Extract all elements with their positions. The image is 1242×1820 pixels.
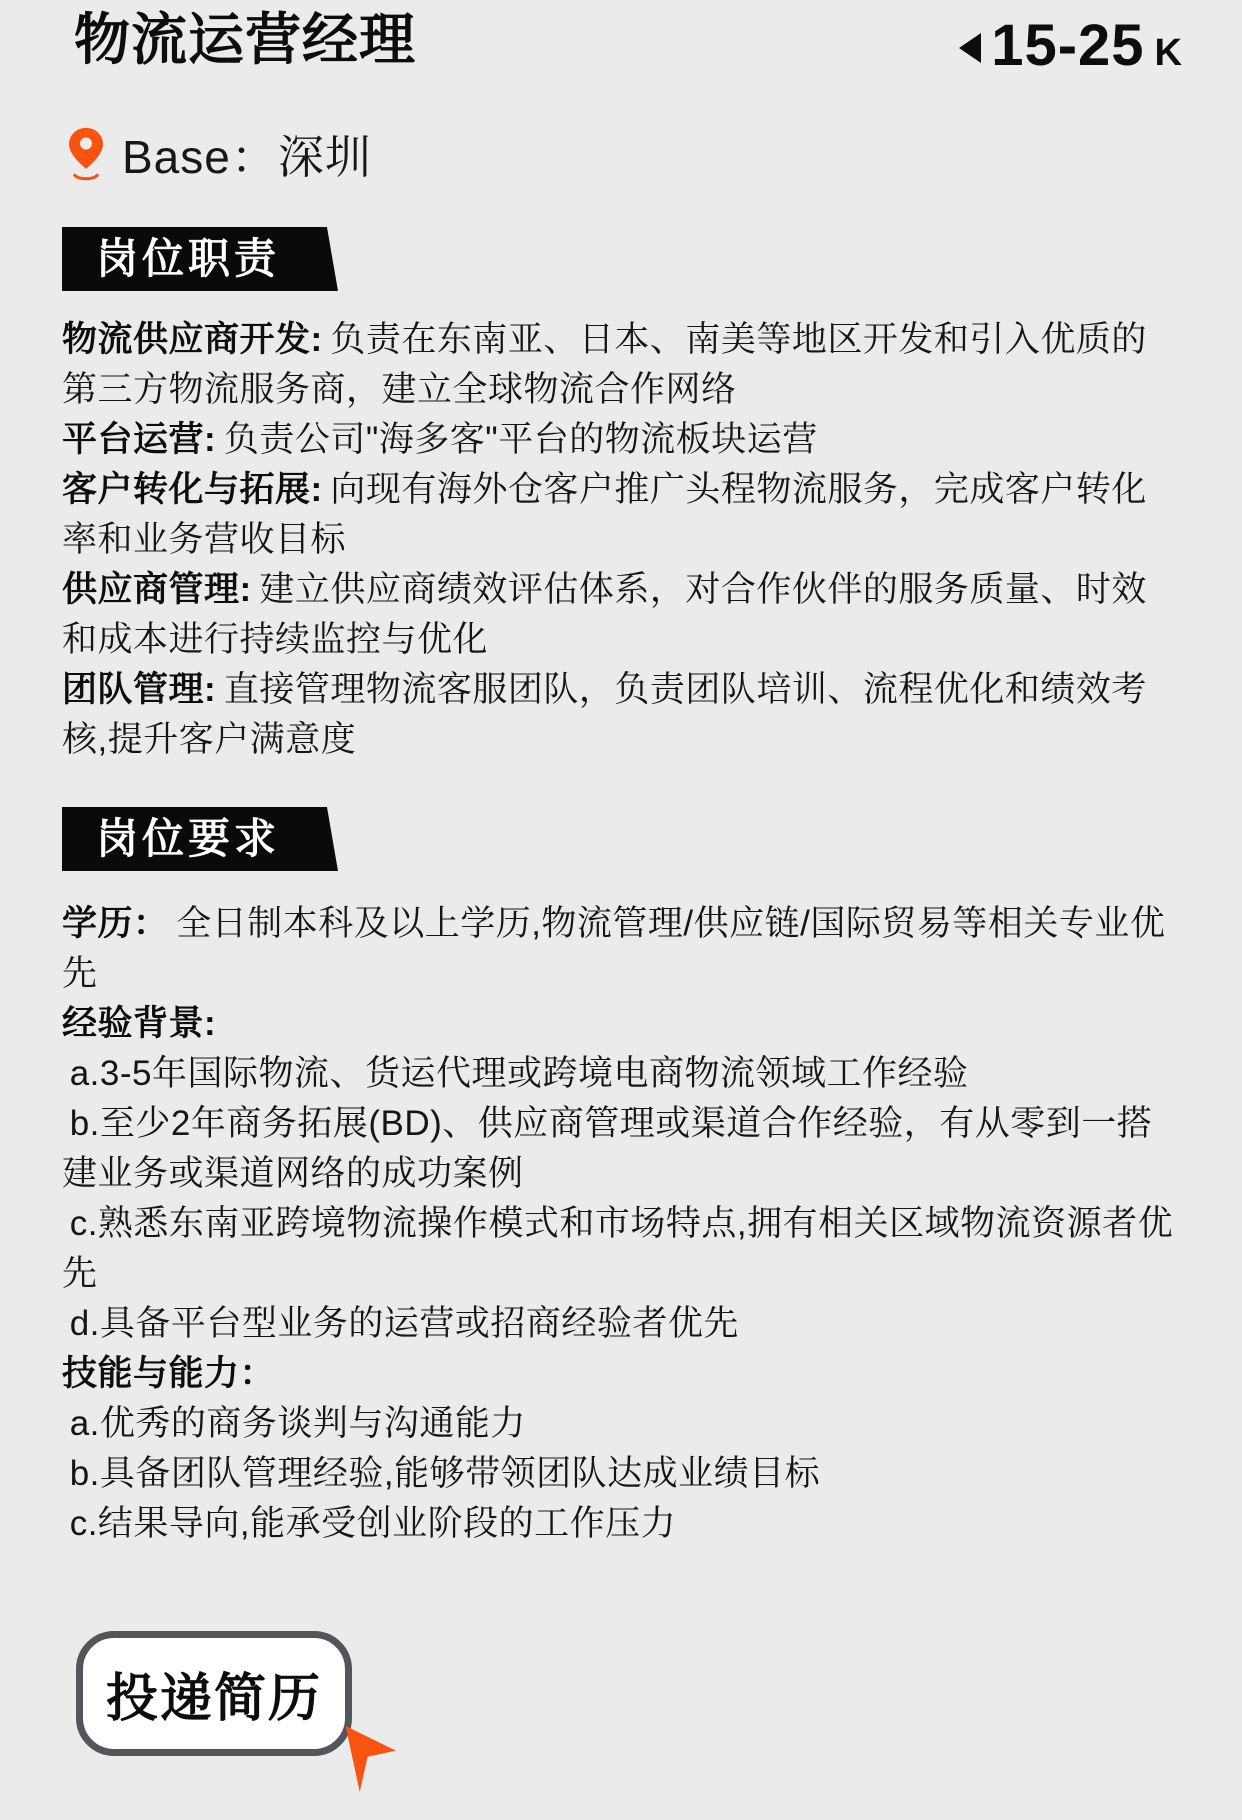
salary-badge: 15-25 K (959, 12, 1182, 79)
duty-item: 供应商管理:建立供应商绩效评估体系，对合作伙伴的服务质量、时效和成本进行持续监控… (62, 565, 1182, 665)
requirement-item: 学历：全日制本科及以上学历,物流管理/供应链/国际贸易等相关专业优先 (62, 899, 1182, 999)
submit-resume-button[interactable]: 投递简历 (76, 1631, 352, 1756)
cursor-arrow-icon (334, 1726, 396, 1792)
requirement-item: c.熟悉东南亚跨境物流操作模式和市场特点,拥有相关区域物流资源者优先 (62, 1199, 1182, 1299)
base-label: Base： (122, 131, 278, 183)
job-posting-page: 物流运营经理 15-25 K Base：深圳 岗位职责 物流供应商开发:负责在东… (0, 0, 1242, 1820)
duty-text: 直接管理物流客服团队，负责团队培训、流程优化和绩效考核,提升客户满意度 (62, 670, 1147, 759)
duty-lead: 团队管理: (62, 670, 216, 709)
requirement-item: 经验背景: (62, 999, 1182, 1049)
requirement-item: a.3-5年国际物流、货运代理或跨境电商物流领域工作经验 (62, 1049, 1182, 1099)
salary-range: 15-25 (991, 12, 1144, 79)
section-heading-duties: 岗位职责 (62, 227, 338, 291)
submit-resume-label: 投递简历 (106, 1656, 322, 1731)
duties-list: 物流供应商开发:负责在东南亚、日本、南美等地区开发和引入优质的第三方物流服务商，… (62, 315, 1182, 765)
salary-unit: K (1155, 32, 1182, 75)
header: 物流运营经理 15-25 K (62, 6, 1182, 79)
requirement-text: d.具备平台型业务的运营或招商经验者优先 (70, 1304, 739, 1343)
requirement-text: c.结果导向,能承受创业阶段的工作压力 (70, 1504, 676, 1543)
requirement-lead: 学历： (62, 904, 169, 943)
base-location-text: Base：深圳 (122, 121, 372, 187)
duty-item: 客户转化与拓展:向现有海外仓客户推广头程物流服务，完成客户转化率和业务营收目标 (62, 465, 1182, 565)
salary-left-triangle-icon (959, 33, 981, 63)
section-heading-requirements: 岗位要求 (62, 807, 338, 871)
duty-lead: 平台运营: (62, 420, 216, 459)
requirement-text: 全日制本科及以上学历,物流管理/供应链/国际贸易等相关专业优先 (62, 904, 1165, 993)
requirement-text: a.优秀的商务谈判与沟通能力 (70, 1404, 526, 1443)
base-city: 深圳 (278, 131, 372, 183)
duty-text: 负责公司"海多客"平台的物流板块运营 (224, 420, 818, 459)
requirement-text: b.至少2年商务拓展(BD)、供应商管理或渠道合作经验，有从零到一搭建业务或渠道… (62, 1104, 1152, 1193)
requirement-item: b.具备团队管理经验,能够带领团队达成业绩目标 (62, 1449, 1182, 1499)
duty-item: 平台运营:负责公司"海多客"平台的物流板块运营 (62, 415, 1182, 465)
requirement-item: c.结果导向,能承受创业阶段的工作压力 (62, 1499, 1182, 1549)
requirement-item: a.优秀的商务谈判与沟通能力 (62, 1399, 1182, 1449)
duty-item: 物流供应商开发:负责在东南亚、日本、南美等地区开发和引入优质的第三方物流服务商，… (62, 315, 1182, 415)
duty-lead: 客户转化与拓展: (62, 470, 323, 509)
duty-lead: 物流供应商开发: (62, 320, 323, 359)
section-heading-requirements-label: 岗位要求 (96, 815, 280, 862)
base-location-row: Base：深圳 (66, 121, 1182, 187)
requirement-text: c.熟悉东南亚跨境物流操作模式和市场特点,拥有相关区域物流资源者优先 (62, 1204, 1173, 1293)
requirement-lead: 技能与能力： (62, 1354, 275, 1393)
requirement-item: b.至少2年商务拓展(BD)、供应商管理或渠道合作经验，有从零到一搭建业务或渠道… (62, 1099, 1182, 1199)
requirement-lead: 经验背景: (62, 1004, 216, 1043)
section-heading-duties-label: 岗位职责 (96, 235, 280, 282)
location-pin-icon (66, 126, 106, 182)
page-title: 物流运营经理 (74, 10, 416, 70)
requirement-item: 技能与能力： (62, 1349, 1182, 1399)
cta-area: 投递简历 (76, 1631, 352, 1756)
requirements-list: 学历：全日制本科及以上学历,物流管理/供应链/国际贸易等相关专业优先 经验背景:… (62, 899, 1182, 1549)
requirement-text: b.具备团队管理经验,能够带领团队达成业绩目标 (70, 1454, 820, 1493)
duty-item: 团队管理:直接管理物流客服团队，负责团队培训、流程优化和绩效考核,提升客户满意度 (62, 665, 1182, 765)
requirement-item: d.具备平台型业务的运营或招商经验者优先 (62, 1299, 1182, 1349)
duty-lead: 供应商管理: (62, 570, 252, 609)
requirement-text: a.3-5年国际物流、货运代理或跨境电商物流领域工作经验 (70, 1054, 969, 1093)
